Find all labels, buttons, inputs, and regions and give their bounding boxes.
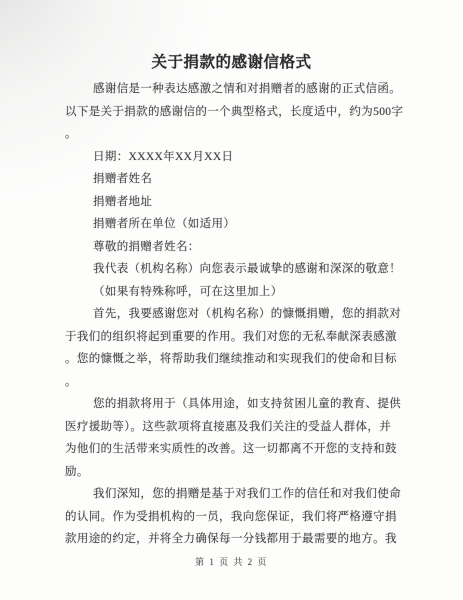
text-line: 您的捐款将用于（具体用途，如支持贫困儿童的教育、提供 — [65, 393, 403, 416]
text-line: （如果有特殊称呼，可在这里加上） — [65, 281, 403, 304]
text-line: 捐赠者姓名 — [65, 168, 403, 191]
text-line: 的认同。作为受捐机构的一员，我向您保证，我们将严格遵守捐 — [65, 506, 403, 529]
page-number-footer: 第 1 页 共 2 页 — [0, 555, 463, 568]
text-line: 。您的慷慨之举，将帮助我们继续推动和实现我们的使命和目标 — [65, 348, 403, 371]
text-line: 于我们的组织将起到重要的作用。我们对您的无私奉献深表感激 — [65, 326, 403, 349]
text-line: 尊敬的捐赠者姓名： — [65, 236, 403, 259]
text-line: 以下是关于捐款的感谢信的一个典型格式，长度适中，约为500字 — [65, 101, 403, 124]
text-line: 首先，我要感谢您对（机构名称）的慷慨捐赠，您的捐款对 — [65, 303, 403, 326]
document-page: 关于捐款的感谢信格式 感谢信是一种表达感激之情和对捐赠者的感谢的正式信函。以下是… — [0, 0, 463, 600]
text-line: 。 — [65, 371, 403, 394]
text-line: 日期：XXXX年XX月XX日 — [65, 146, 403, 169]
text-line: 医疗援助等）。这些款项将直接惠及我们关注的受益人群体，并 — [65, 416, 403, 439]
text-line: 款用途的约定，并将全力确保每一分钱都用于最需要的地方。我 — [65, 528, 403, 551]
text-line: 捐赠者所在单位（如适用） — [65, 213, 403, 236]
text-line: 捐赠者地址 — [65, 191, 403, 214]
document-title: 关于捐款的感谢信格式 — [0, 52, 463, 74]
text-line: 励。 — [65, 461, 403, 484]
text-line: 。 — [65, 123, 403, 146]
text-line: 我代表（机构名称）向您表示最诚挚的感谢和深深的敬意！ — [65, 258, 403, 281]
text-line: 感谢信是一种表达感激之情和对捐赠者的感谢的正式信函。 — [65, 78, 403, 101]
document-body: 感谢信是一种表达感激之情和对捐赠者的感谢的正式信函。以下是关于捐款的感谢信的一个… — [65, 78, 403, 551]
text-line: 为他们的生活带来实质性的改善。这一切都离不开您的支持和鼓 — [65, 438, 403, 461]
text-line: 我们深知，您的捐赠是基于对我们工作的信任和对我们使命 — [65, 483, 403, 506]
